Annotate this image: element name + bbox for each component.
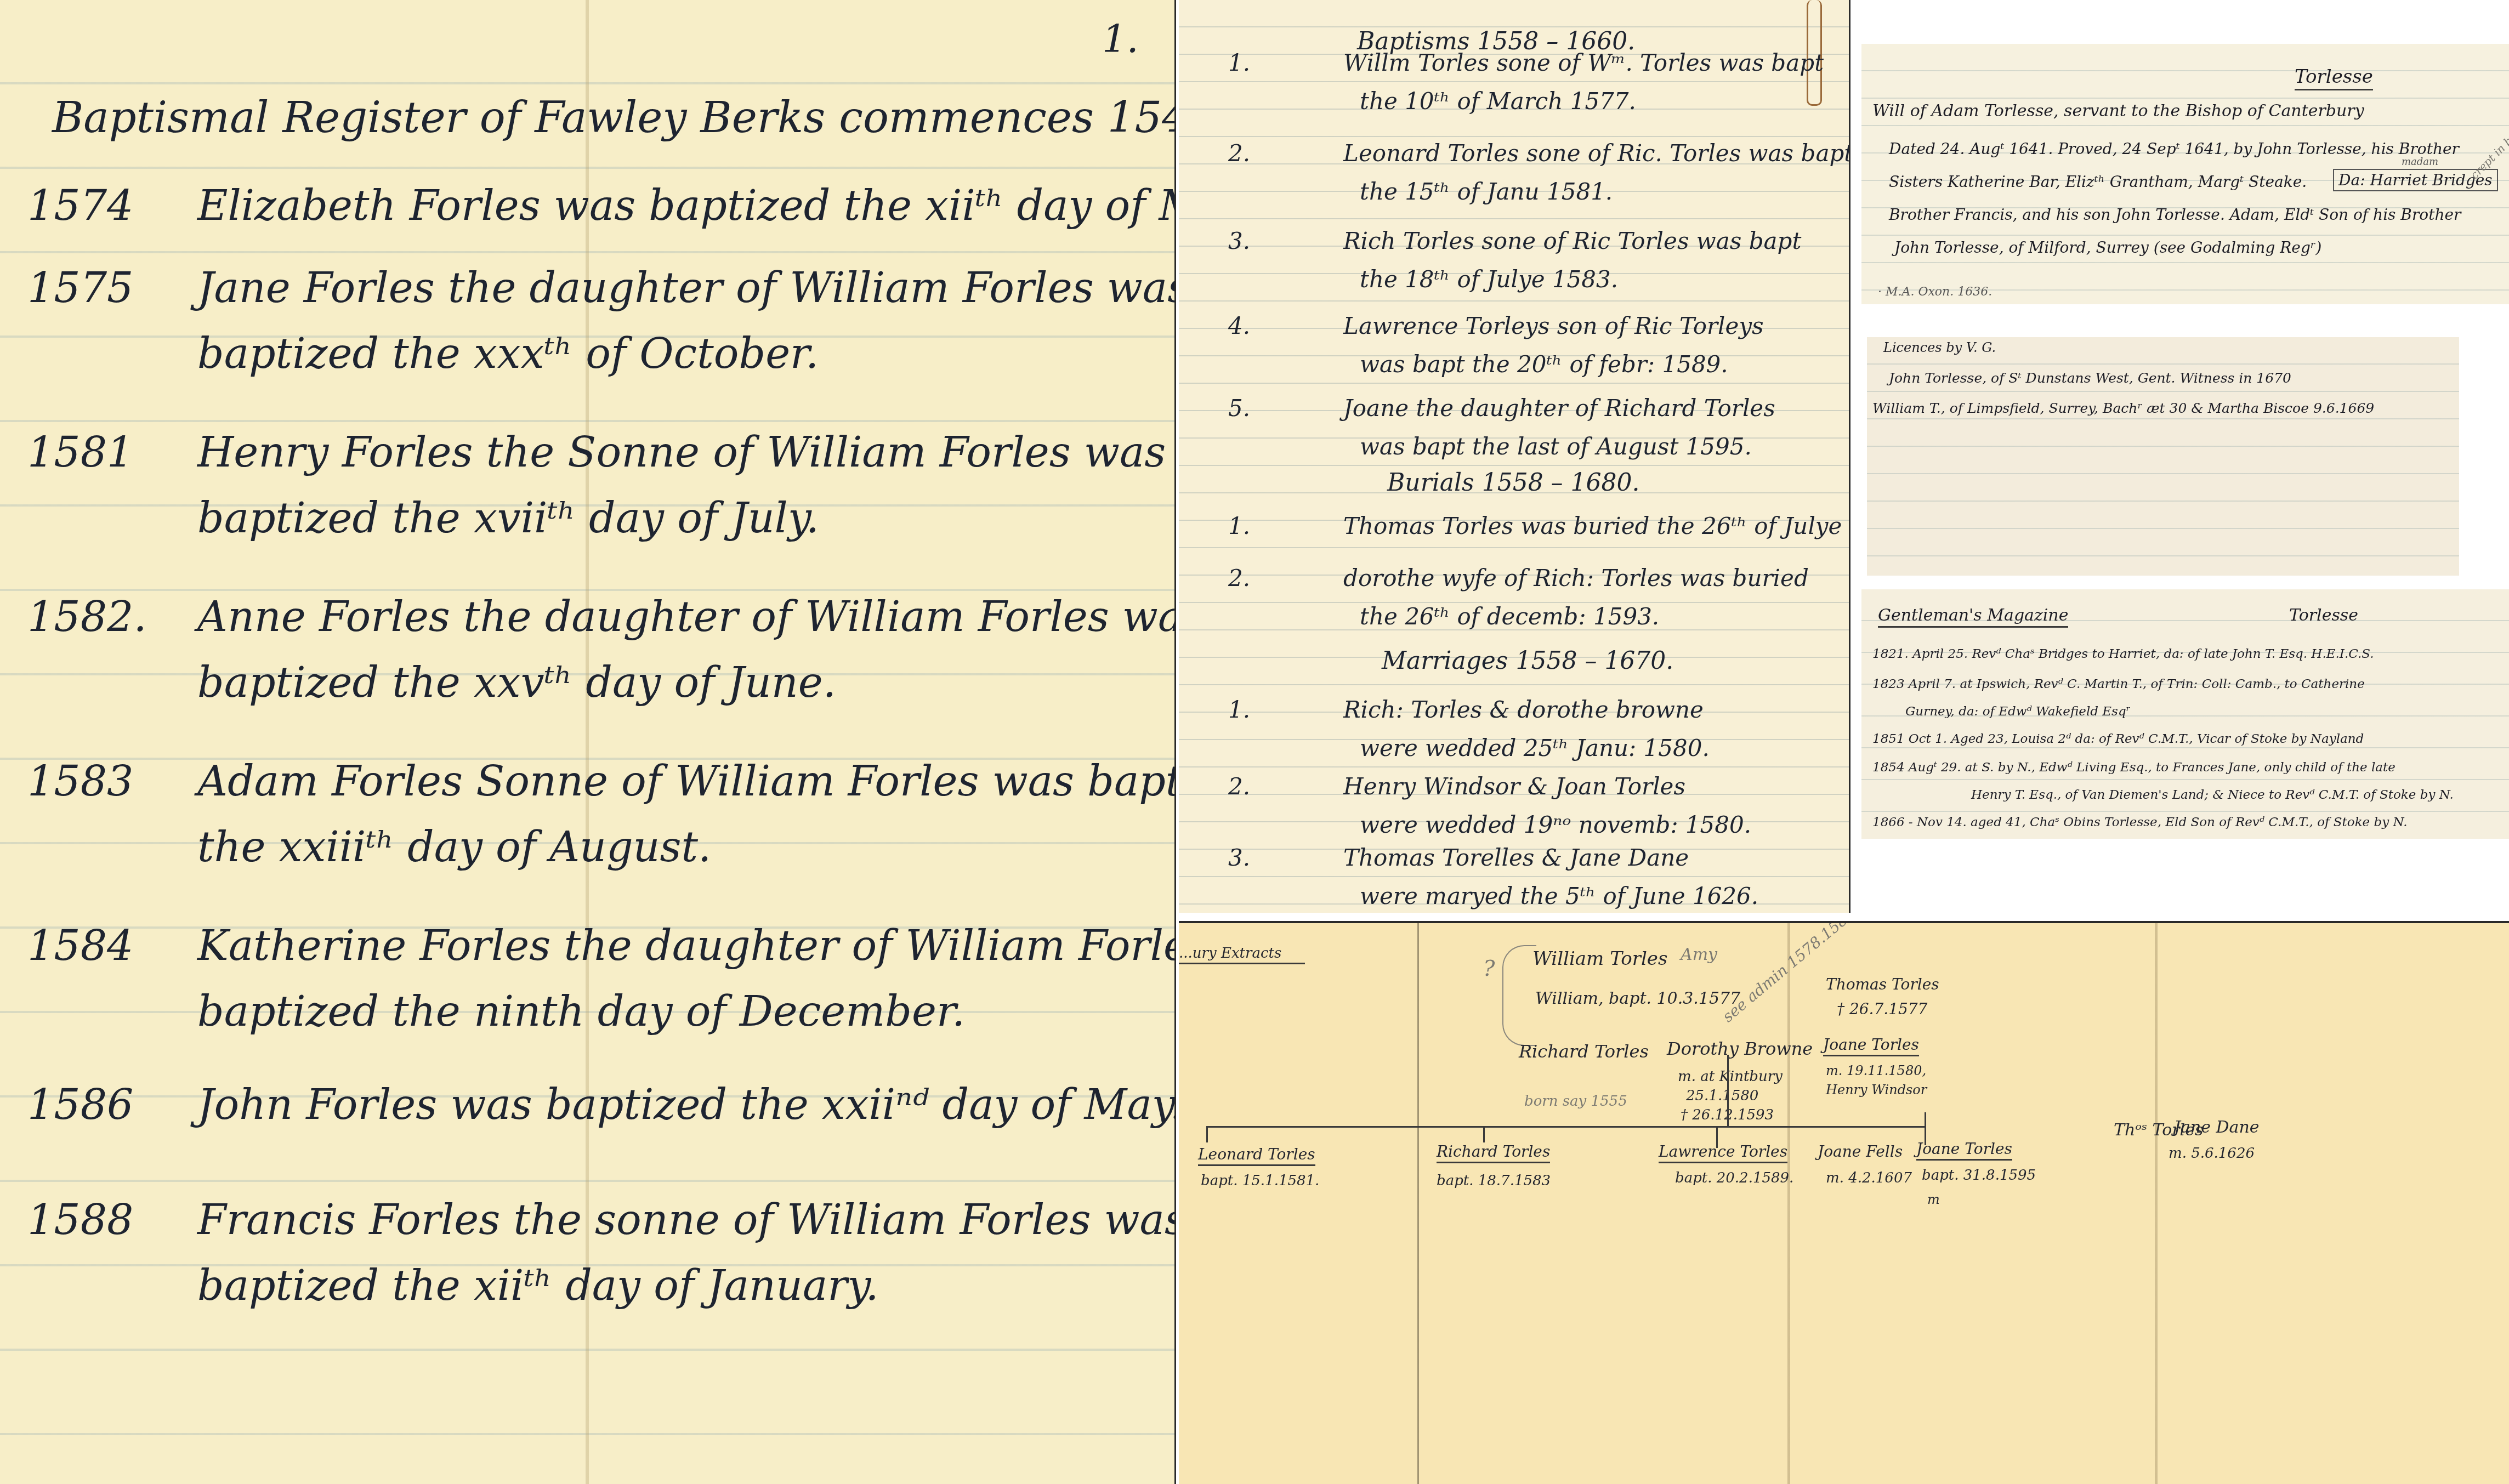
entry-text-cont: the xxiiiᵗʰ day of August. <box>197 822 711 871</box>
person-richard-sr: Richard Torles <box>1519 1041 1649 1062</box>
entry-text-cont: baptized the xiiᵗʰ day of January. <box>197 1261 879 1310</box>
entry-text: Francis Forles the sonne of William Forl… <box>197 1195 1176 1244</box>
record-number: 2. <box>1228 140 1250 167</box>
child-note: bapt. 31.8.1595 <box>1922 1167 2036 1184</box>
record-number: 3. <box>1228 844 1250 871</box>
magazine-line: 1821. April 25. Revᵈ Chaˢ Bridges to Har… <box>1872 647 2374 661</box>
surname-tag: Torlesse <box>2295 66 2373 90</box>
burials-heading: Burials 1558 – 1680. <box>1387 469 1640 497</box>
record-text-cont: the 26ᵗʰ of decemb: 1593. <box>1360 603 1659 630</box>
entry-year: 1588 <box>27 1195 133 1244</box>
will-slip: Torlesse Will of Adam Torlesse, servant … <box>1861 44 2509 304</box>
entry-text: John Forles was baptized the xxiiⁿᵈ day … <box>197 1080 1176 1129</box>
record-text: Lawrence Torleys son of Ric Torleys <box>1343 312 1764 339</box>
record-text-cont: was bapt the 20ᵗʰ of febr: 1589. <box>1360 351 1728 378</box>
licence-line: William T., of Limpsfield, Surrey, Bachʳ… <box>1872 400 2374 416</box>
person-william-jr: William, bapt. 10.3.1577 <box>1535 989 1740 1008</box>
magazine-line: Gurney, da: of Edwᵈ Wakefield Esqʳ <box>1905 704 2131 719</box>
record-text-cont: was bapt the last of August 1595. <box>1360 433 1752 460</box>
record-number: 2. <box>1228 773 1250 800</box>
record-text-cont: the 18ᵗʰ of Julye 1583. <box>1360 266 1618 293</box>
record-text-cont: the 10ᵗʰ of March 1577. <box>1360 88 1636 115</box>
child-name: Richard Torles <box>1437 1142 1550 1163</box>
entry-year: 1584 <box>27 921 133 970</box>
descent-tick <box>1483 1126 1485 1142</box>
person-jane-dane: Jane Dane <box>2174 1118 2260 1137</box>
entry-text: Adam Forles Sonne of William Forles was … <box>197 757 1176 805</box>
magazine-line: 1851 Oct 1. Aged 23, Louisa 2ᵈ da: of Re… <box>1872 732 2364 746</box>
child-note: bapt. 18.7.1583 <box>1437 1173 1551 1189</box>
entry-text: Anne Forles the daughter of William Forl… <box>197 592 1176 641</box>
magazine-line: Henry T. Esq., of Van Diemen's Land; & N… <box>1971 788 2454 802</box>
pedigree-chart: ...ury Extracts ? William Torles Amy Wil… <box>1179 921 2509 1484</box>
chart-header: ...ury Extracts <box>1179 945 1305 964</box>
will-line: Will of Adam Torlesse, servant to the Bi… <box>1872 101 2364 121</box>
record-text-cont: the 15ᵗʰ of Janu 1581. <box>1360 178 1613 205</box>
record-text: dorothe wyfe of Rich: Torles was buried <box>1343 565 1809 592</box>
magazine-line: 1854 Augᵗ 29. at S. by N., Edwᵈ Living E… <box>1872 760 2396 775</box>
person-dorothy: Dorothy Browne <box>1667 1038 1813 1059</box>
record-number: 5. <box>1228 395 1250 422</box>
record-text: Leonard Torles sone of Ric. Torles was b… <box>1343 140 1850 167</box>
boxed-note-superscript: madam <box>2402 156 2438 168</box>
gentlemans-magazine-slip: Gentleman's Magazine Torlesse 1821. Apri… <box>1861 589 2509 839</box>
dorothy-marriage: m. at Kintbury <box>1678 1068 1783 1085</box>
magazine-line: 1866 - Nov 14. aged 41, Chaˢ Obins Torle… <box>1872 815 2408 829</box>
record-number: 3. <box>1228 228 1250 254</box>
page-number: 1. <box>1102 16 1139 61</box>
will-line: Sisters Katherine Bar, Elizᵗʰ Grantham, … <box>1889 173 2307 191</box>
child-spouse-note: m. 4.2.1607 <box>1826 1170 1912 1186</box>
parish-transcript-page: Baptisms 1558 – 1660. 1. Willm Torles so… <box>1179 0 1850 913</box>
jane-dane-marriage: m. 5.6.1626 <box>2169 1145 2255 1162</box>
entry-text-cont: baptized the xviiᵗʰ day of July. <box>197 493 819 542</box>
child-spouse-name: Joane Fells <box>1818 1142 1903 1161</box>
person-william-sr: William Torles <box>1532 948 1667 970</box>
will-footer: · M.A. Oxon. 1636. <box>1878 285 1992 299</box>
child-note: bapt. 15.1.1581. <box>1201 1173 1319 1189</box>
magazine-heading: Gentleman's Magazine <box>1878 606 2068 628</box>
record-text: Willm Torles sone of Wᵐ. Torles was bapt <box>1343 49 1824 76</box>
record-number: 2. <box>1228 565 1250 592</box>
margin-note: crept in by error 24 <box>2468 95 2509 182</box>
child-name: Joane Torles <box>1916 1140 2012 1161</box>
entry-text-cont: baptized the xxvᵗʰ day of June. <box>197 658 836 707</box>
record-number: 4. <box>1228 312 1250 339</box>
licences-heading: Licences by V. G. <box>1883 340 1996 355</box>
baptismal-register-page: 1. Baptismal Register of Fawley Berks co… <box>0 0 1176 1484</box>
magazine-line: 1823 April 7. at Ipswich, Revᵈ C. Martin… <box>1872 677 2365 691</box>
record-number: 1. <box>1228 49 1250 76</box>
query-mark: ? <box>1483 956 1495 981</box>
record-text: Rich: Torles & dorothe browne <box>1343 696 1704 723</box>
record-text: Rich Torles sone of Ric Torles was bapt <box>1343 228 1801 254</box>
child-name: Lawrence Torles <box>1659 1142 1787 1163</box>
joane-sr-spouse: Henry Windsor <box>1826 1082 1927 1098</box>
marriage-drop-line <box>1727 1055 1729 1126</box>
entry-year: 1583 <box>27 757 133 805</box>
record-text-cont: were wedded 25ᵗʰ Janu: 1580. <box>1360 735 1710 761</box>
record-text-cont: were wedded 19ⁿᵒ novemb: 1580. <box>1360 811 1751 838</box>
child-mark: m <box>1927 1192 1940 1207</box>
surname-tag: Torlesse <box>2289 606 2358 625</box>
child-note: bapt. 20.2.1589. <box>1675 1170 1793 1186</box>
entry-year: 1581 <box>27 428 133 476</box>
will-line: Dated 24. Augᵗ 1641. Proved, 24 Sepᵗ 164… <box>1889 140 2459 158</box>
entry-text: Elizabeth Forles was baptized the xiiᵗʰ … <box>197 181 1176 230</box>
descent-tick <box>1206 1126 1208 1142</box>
entry-text: Jane Forles the daughter of William Forl… <box>197 263 1176 312</box>
licence-line: John Torlesse, of Sᵗ Dunstans West, Gent… <box>1889 370 2291 386</box>
marriages-heading: Marriages 1558 – 1670. <box>1382 647 1673 675</box>
person-thomas: Thomas Torles <box>1826 975 1939 993</box>
licences-slip: Licences by V. G. John Torlesse, of Sᵗ D… <box>1867 337 2459 576</box>
record-number: 1. <box>1228 513 1250 539</box>
record-number: 1. <box>1228 696 1250 723</box>
spouse-note: Amy <box>1681 945 1717 964</box>
record-text: Thomas Torles was buried the 26ᵗʰ of Jul… <box>1343 513 1850 539</box>
record-text: Thomas Torelles & Jane Dane <box>1343 844 1689 871</box>
joane-sr-marriage: m. 19.11.1580, <box>1826 1063 1926 1078</box>
record-text: Joane the daughter of Richard Torles <box>1343 395 1775 422</box>
entry-year: 1586 <box>27 1080 133 1129</box>
entry-text-cont: baptized the xxxᵗʰ of October. <box>197 329 819 378</box>
record-text-cont: were maryed the 5ᵗʰ of June 1626. <box>1360 883 1758 909</box>
thomas-death: † 26.7.1577 <box>1837 1000 1927 1018</box>
bracket-line <box>1502 945 1536 1046</box>
will-line: John Torlesse, of Milford, Surrey (see G… <box>1894 238 2321 257</box>
entry-year: 1574 <box>27 181 133 230</box>
entry-text: Katherine Forles the daughter of William… <box>197 921 1176 970</box>
entry-text: Henry Forles the Sonne of William Forles… <box>197 428 1166 476</box>
will-line: Brother Francis, and his son John Torles… <box>1889 206 2461 224</box>
entry-year: 1575 <box>27 263 133 312</box>
child-name: Leonard Torles <box>1198 1145 1315 1166</box>
descent-line <box>1206 1126 1925 1128</box>
richard-born-note: born say 1555 <box>1524 1093 1627 1110</box>
entry-text-cont: baptized the ninth day of December. <box>197 987 965 1036</box>
record-text: Henry Windsor & Joan Torles <box>1343 773 1685 800</box>
entry-year: 1582. <box>27 592 147 641</box>
dorothy-marriage-date: 25.1.1580 <box>1686 1088 1758 1104</box>
person-joane-sr: Joane Torles <box>1823 1036 1919 1056</box>
register-title: Baptismal Register of Fawley Berks comme… <box>52 93 1176 143</box>
